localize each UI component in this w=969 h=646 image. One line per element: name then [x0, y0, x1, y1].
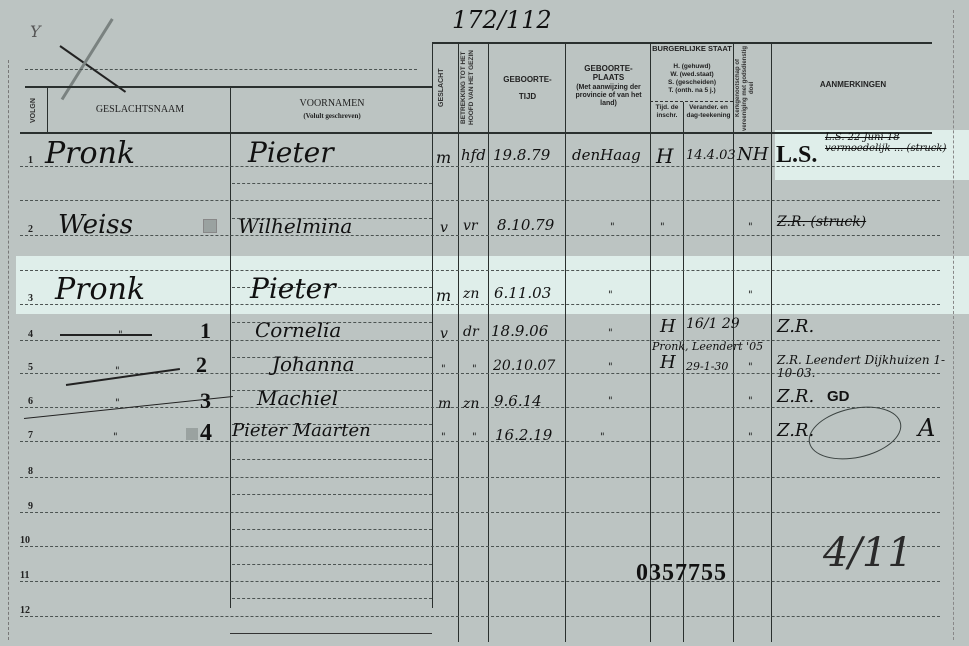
strike-line: [66, 368, 180, 386]
header-voornamen-sub: (Volult geschreven): [232, 112, 432, 121]
bottom-handwriting: 4/11: [823, 530, 913, 576]
col-line-betrekking: [458, 42, 459, 642]
row-number: 2: [28, 224, 33, 235]
row-number: 7: [28, 430, 33, 441]
surname: Pronk: [45, 136, 135, 171]
change-date: 16/1 29: [686, 316, 740, 332]
sex: ": [441, 364, 446, 375]
col-line-aanmerkingen: [771, 42, 772, 642]
header-bs-t: T. (onth. na 5 j.): [652, 87, 732, 95]
row-line-1b: [20, 200, 940, 201]
birth-date: 20.10.07: [493, 358, 555, 374]
remark-text: Z.R. (struck): [777, 214, 866, 230]
child-mark: 4: [200, 420, 212, 447]
relation: ": [472, 364, 477, 375]
change-date: 14.4.03: [686, 148, 736, 163]
birth-place: ": [608, 290, 613, 301]
remark-a: A: [918, 414, 935, 442]
sex: m: [436, 148, 451, 167]
row-line-10: [20, 546, 940, 547]
row-line-2: [20, 235, 940, 236]
highlight-row-3: [16, 256, 969, 314]
given-name: Johanna: [272, 352, 355, 376]
col-line-geboortetijd: [488, 42, 489, 642]
child-mark: 1: [200, 318, 211, 344]
corner-mark: Y: [30, 22, 41, 41]
birth-place: ": [600, 432, 605, 443]
header-bs-s: S. (gescheiden): [652, 79, 732, 87]
birth-place: ": [608, 396, 613, 407]
religion: ": [748, 362, 753, 373]
religion: ": [748, 432, 753, 443]
birth-place: ": [608, 328, 613, 339]
row-line-8: [20, 477, 940, 478]
gd-stamp: GD: [827, 388, 850, 405]
left-page-edge: [8, 60, 9, 640]
header-aanmerkingen: AANMERKINGEN: [773, 80, 933, 89]
remark-text: L.S. 22 Juni 18 vermoedelijk ... (struck…: [825, 132, 960, 154]
col-line-burgerlijke: [650, 42, 651, 642]
ditto-mark: ": [113, 432, 118, 443]
voornamen-subline: [232, 529, 432, 530]
birth-date: 16.2.19: [495, 426, 552, 444]
voornamen-subline: [232, 494, 432, 495]
header-geboortetijd-1: GEBOORTE-: [490, 75, 565, 84]
row-number: 1: [28, 155, 33, 166]
header-geboorteplaats-1: GEBOORTE-: [567, 64, 650, 73]
religion: NH: [737, 144, 768, 165]
voornamen-subline: [232, 564, 432, 565]
row-line-4: [20, 340, 940, 341]
sex: m: [436, 286, 451, 305]
religion: ": [748, 290, 753, 301]
child-mark: 3: [200, 388, 211, 414]
ditto-mark: ": [115, 398, 120, 409]
child-mark: 2: [196, 352, 207, 378]
row-line-11: [20, 581, 940, 582]
relation: ": [472, 432, 477, 443]
row-line-6: [20, 407, 940, 408]
given-name: Pieter: [248, 136, 334, 169]
birth-place: ": [608, 362, 613, 373]
row-number: 8: [28, 466, 33, 477]
struck-remark: L.S. 22 Juni 18 vermoedelijk ... (struck…: [825, 132, 960, 154]
religion: ": [748, 222, 753, 233]
row-number: 10: [20, 535, 30, 546]
ditto-mark: ": [118, 330, 123, 341]
serial-stamp: 0357755: [636, 560, 727, 587]
row-number: 6: [28, 396, 33, 407]
birth-date: 18.9.06: [491, 322, 548, 340]
civil-status: H: [660, 316, 676, 337]
surname: Weiss: [58, 210, 133, 240]
civil-status: H: [656, 144, 673, 168]
remark-zr: Z.R.: [777, 386, 814, 407]
row-line-9: [20, 512, 940, 513]
header-burgerlijke-staat: BURGERLIJKE STAAT: [652, 45, 732, 53]
header-betrekking: BETREKKING TOT HET HOOFD VAN HET GEZIN: [460, 46, 486, 130]
sex: m: [438, 396, 451, 412]
birth-date: 8.10.79: [497, 216, 554, 234]
reference-number: 172/112: [452, 6, 552, 34]
small-stamp-box: [186, 428, 198, 440]
row-number: 11: [20, 570, 29, 581]
sex: v: [440, 326, 448, 342]
birth-date: 19.8.79: [493, 146, 550, 164]
voornamen-subline: [232, 459, 432, 460]
header-bs-w: W. (wed.staat): [652, 71, 732, 79]
birth-date: 9.6.14: [494, 392, 542, 410]
sex: v: [440, 220, 448, 236]
remark-text: Z.R. Leendert Dijkhuizen 1-10-03.: [777, 354, 962, 380]
voornamen-subline: [232, 183, 432, 184]
civil-status: H: [660, 352, 676, 373]
row-number: 4: [28, 329, 33, 340]
small-stamp-box: [203, 219, 217, 233]
row-line-7: [20, 441, 940, 442]
header-geboortetijd-2: TIJD: [490, 92, 565, 101]
relation: dr: [463, 324, 479, 340]
remark-text: Z.R.: [777, 316, 814, 337]
header-geslacht: GESLACHT: [438, 50, 450, 126]
given-name: Cornelia: [255, 318, 341, 342]
birth-place: denHaag: [572, 146, 641, 164]
header-bs-h: H. (gehuwd): [652, 63, 732, 71]
top-dotted-line: [25, 69, 417, 70]
religion: ": [748, 396, 753, 407]
strike-line: [60, 334, 152, 336]
header-volgn: VOLGN: [30, 94, 40, 128]
birth-place: ": [610, 222, 615, 233]
header-voornamen: VOORNAMEN: [232, 99, 432, 108]
row-number: 9: [28, 501, 33, 512]
header-geboorteplaats-2: PLAATS: [567, 73, 650, 82]
oval-stamp: [804, 399, 906, 467]
header-bottom-border: [20, 132, 932, 134]
header-verandering: Verander. en dag-teekening: [684, 104, 733, 120]
voornamen-subline: [232, 598, 432, 599]
civil-status: ": [660, 222, 665, 233]
ls-stamp: L.S.: [776, 142, 817, 169]
voornamen-bottom: [230, 633, 432, 634]
sex: ": [441, 432, 446, 443]
surname: Pronk: [55, 272, 145, 307]
row-line-2b: [20, 270, 940, 271]
birth-date: 6.11.03: [494, 284, 551, 302]
right-page-edge: [953, 10, 954, 640]
row-number: 12: [20, 605, 30, 616]
row-number: 5: [28, 362, 33, 373]
ditto-mark: ": [115, 366, 120, 377]
col-line-volgn: [47, 88, 48, 132]
relation: vr: [463, 218, 478, 234]
relation: hfd: [461, 146, 486, 164]
given-name: Pieter: [250, 272, 336, 305]
header-geboorteplaats-sub: (Met aanwijzing der provincie of van het…: [569, 84, 648, 108]
header-top-border-left: [25, 86, 433, 88]
row-number: 3: [28, 293, 33, 304]
given-name: Machiel: [257, 386, 338, 410]
given-name: Pieter Maarten: [232, 420, 371, 441]
given-name: Wilhelmina: [238, 214, 352, 238]
change-date: 29-1-30: [686, 360, 728, 373]
col-line-geboorteplaats: [565, 42, 566, 642]
relation: zn: [463, 396, 479, 412]
row-line-12: [20, 616, 940, 617]
header-kerkgenootschap: Kerkgenootschap of vereeniging met godsd…: [735, 45, 769, 131]
col-line-voornamen-right: [432, 42, 433, 608]
sub-divider-burgerlijke: [650, 101, 733, 102]
header-geslachtsnaam: GESLACHTSNAAM: [50, 105, 230, 114]
row-line-3: [20, 304, 940, 305]
header-tijd-inschr: Tijd. de inschr.: [651, 104, 683, 120]
relation: zn: [463, 286, 479, 302]
